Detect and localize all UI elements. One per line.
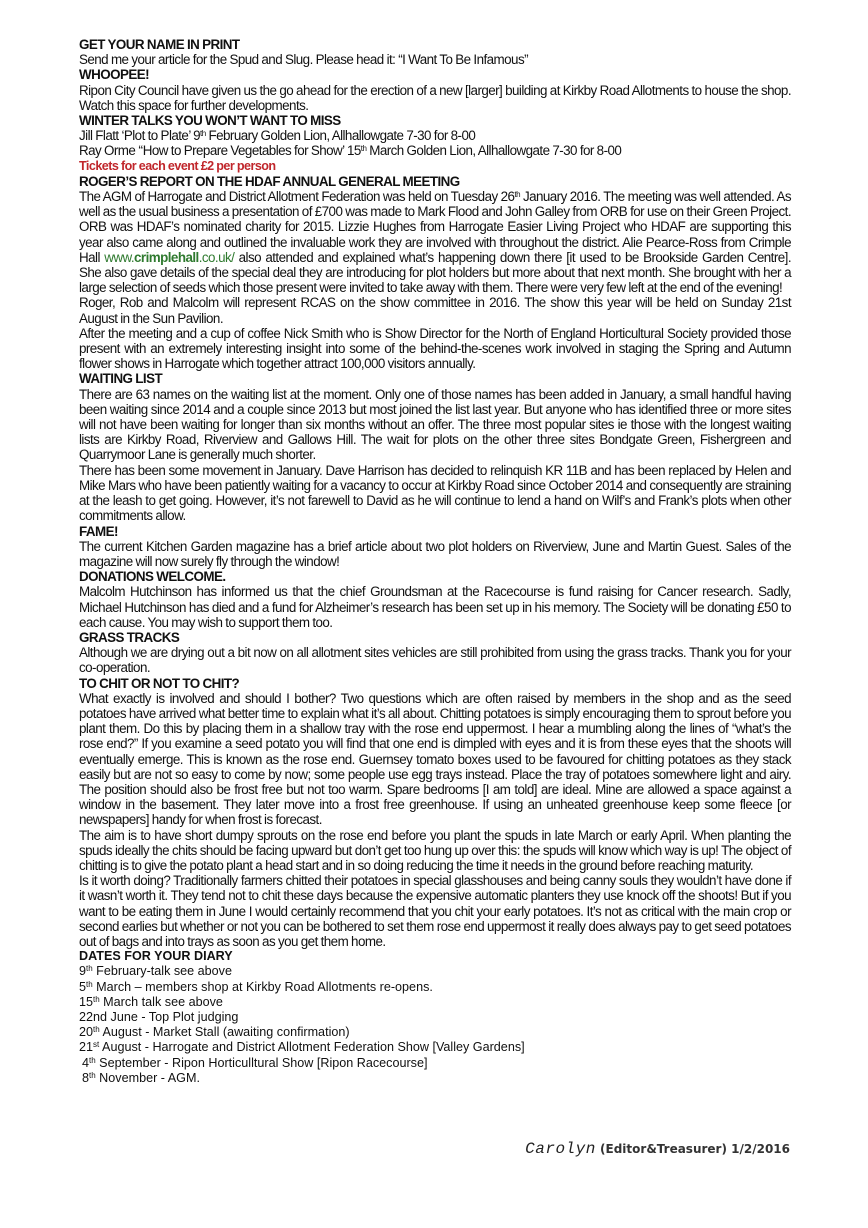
signature-name: Carolyn — [525, 1140, 596, 1158]
diary-item: 20th August - Market Stall (awaiting con… — [79, 1025, 791, 1040]
section-fame: FAME! The current Kitchen Garden magazin… — [79, 524, 791, 570]
section-heading: DATES FOR YOUR DIARY — [79, 949, 791, 964]
section-heading: ROGER’S REPORT ON THE HDAF ANNUAL GENERA… — [79, 174, 791, 189]
link-prefix: www. — [104, 250, 134, 265]
talk-text: Ray Orme ‘‘How to Prepare Vegetables for… — [79, 143, 361, 158]
ordinal-suffix: th — [89, 1056, 96, 1065]
ordinal-suffix: th — [93, 995, 100, 1004]
talk-text: Jill Flatt ‘Plot to Plate’ 9 — [79, 128, 200, 143]
section-body: Send me your article for the Spud and Sl… — [79, 52, 791, 67]
diary-item: 22nd June - Top Plot judging — [79, 1010, 791, 1025]
crimplehall-link[interactable]: www.crimplehall.co.uk/ — [104, 250, 234, 265]
diary-text: June - Top Plot judging — [107, 1010, 238, 1024]
section-get-your-name-in-print: GET YOUR NAME IN PRINT Send me your arti… — [79, 37, 791, 67]
diary-item: 8th November - AGM. — [79, 1071, 791, 1086]
diary-item: 21st August - Harrogate and District All… — [79, 1040, 791, 1055]
section-whoopee: WHOOPEE! Ripon City Council have given u… — [79, 67, 791, 113]
section-body: Malcolm Hutchinson has informed us that … — [79, 584, 791, 630]
section-diary: DATES FOR YOUR DIARY 9th February-talk s… — [79, 949, 791, 1086]
section-heading: FAME! — [79, 524, 791, 539]
section-heading: WINTER TALKS YOU WON’T WANT TO MISS — [79, 113, 791, 128]
ordinal-suffix: th — [93, 1025, 100, 1034]
section-to-chit: TO CHIT OR NOT TO CHIT? What exactly is … — [79, 676, 791, 950]
agm-paragraph: The AGM of Harrogate and District Allotm… — [79, 189, 791, 295]
diary-text: November - AGM. — [96, 1071, 200, 1085]
section-waiting-list: WAITING LIST There are 63 names on the w… — [79, 371, 791, 523]
signature-role-date: (Editor&Treasurer) 1/2/2016 — [596, 1142, 790, 1156]
agm-paragraph: Roger, Rob and Malcolm will represent RC… — [79, 295, 791, 325]
section-heading: TO CHIT OR NOT TO CHIT? — [79, 676, 791, 691]
link-suffix: .co.uk/ — [199, 250, 235, 265]
diary-date: 21 — [79, 1040, 93, 1054]
link-domain: crimplehall — [134, 250, 199, 265]
talk-item: Jill Flatt ‘Plot to Plate’ 9th February … — [79, 128, 791, 143]
section-body: The current Kitchen Garden magazine has … — [79, 539, 791, 569]
chit-paragraph: The aim is to have short dumpy sprouts o… — [79, 828, 791, 874]
editor-signature: Carolyn (Editor&Treasurer) 1/2/2016 — [525, 1140, 790, 1158]
ordinal-suffix: th — [86, 964, 93, 973]
section-grass-tracks: GRASS TRACKS Although we are drying out … — [79, 630, 791, 676]
diary-text: March talk see above — [100, 995, 223, 1009]
section-winter-talks: WINTER TALKS YOU WON’T WANT TO MISS Jill… — [79, 113, 791, 174]
newsletter-page: GET YOUR NAME IN PRINT Send me your arti… — [79, 37, 791, 1086]
diary-item: 5th March – members shop at Kirkby Road … — [79, 980, 791, 995]
diary-item: 15th March talk see above — [79, 995, 791, 1010]
diary-item: 9th February-talk see above — [79, 964, 791, 979]
diary-text: September - Ripon Horticulltural Show [R… — [96, 1056, 428, 1070]
diary-date: 4 — [82, 1056, 89, 1070]
ordinal-suffix: th — [86, 980, 93, 989]
waiting-paragraph: There has been some movement in January.… — [79, 463, 791, 524]
diary-item: 4th September - Ripon Horticulltural Sho… — [79, 1056, 791, 1071]
diary-date: 20 — [79, 1025, 93, 1039]
section-donations: DONATIONS WELCOME. Malcolm Hutchinson ha… — [79, 569, 791, 630]
diary-text: August - Market Stall (awaiting confirma… — [100, 1025, 350, 1039]
section-heading: WAITING LIST — [79, 371, 791, 386]
section-heading: GRASS TRACKS — [79, 630, 791, 645]
agm-text: The AGM of Harrogate and District Allotm… — [79, 189, 514, 204]
diary-date: 9 — [79, 964, 86, 978]
diary-text: August - Harrogate and District Allotmen… — [99, 1040, 524, 1054]
section-heading: GET YOUR NAME IN PRINT — [79, 37, 791, 52]
waiting-paragraph: There are 63 names on the waiting list a… — [79, 387, 791, 463]
section-body: Ripon City Council have given us the go … — [79, 83, 791, 113]
chit-paragraph: Is it worth doing? Traditionally farmers… — [79, 873, 791, 949]
diary-date: 22nd — [79, 1010, 107, 1024]
section-rogers-report: ROGER’S REPORT ON THE HDAF ANNUAL GENERA… — [79, 174, 791, 372]
chit-paragraph: What exactly is involved and should I bo… — [79, 691, 791, 828]
diary-date: 15 — [79, 995, 93, 1009]
talk-item: Ray Orme ‘‘How to Prepare Vegetables for… — [79, 143, 791, 158]
talk-text: February Golden Lion, Allhallowgate 7-30… — [206, 128, 476, 143]
section-body: Although we are drying out a bit now on … — [79, 645, 791, 675]
diary-date: 5 — [79, 980, 86, 994]
diary-text: March – members shop at Kirkby Road Allo… — [93, 980, 433, 994]
ordinal-suffix: th — [89, 1071, 96, 1080]
agm-paragraph: After the meeting and a cup of coffee Ni… — [79, 326, 791, 372]
section-heading: DONATIONS WELCOME. — [79, 569, 791, 584]
diary-text: February-talk see above — [93, 964, 232, 978]
section-heading: WHOOPEE! — [79, 67, 791, 82]
diary-date: 8 — [82, 1071, 89, 1085]
tickets-notice: Tickets for each event £2 per person — [79, 159, 791, 174]
talk-text: March Golden Lion, Allhallowgate 7-30 fo… — [366, 143, 621, 158]
